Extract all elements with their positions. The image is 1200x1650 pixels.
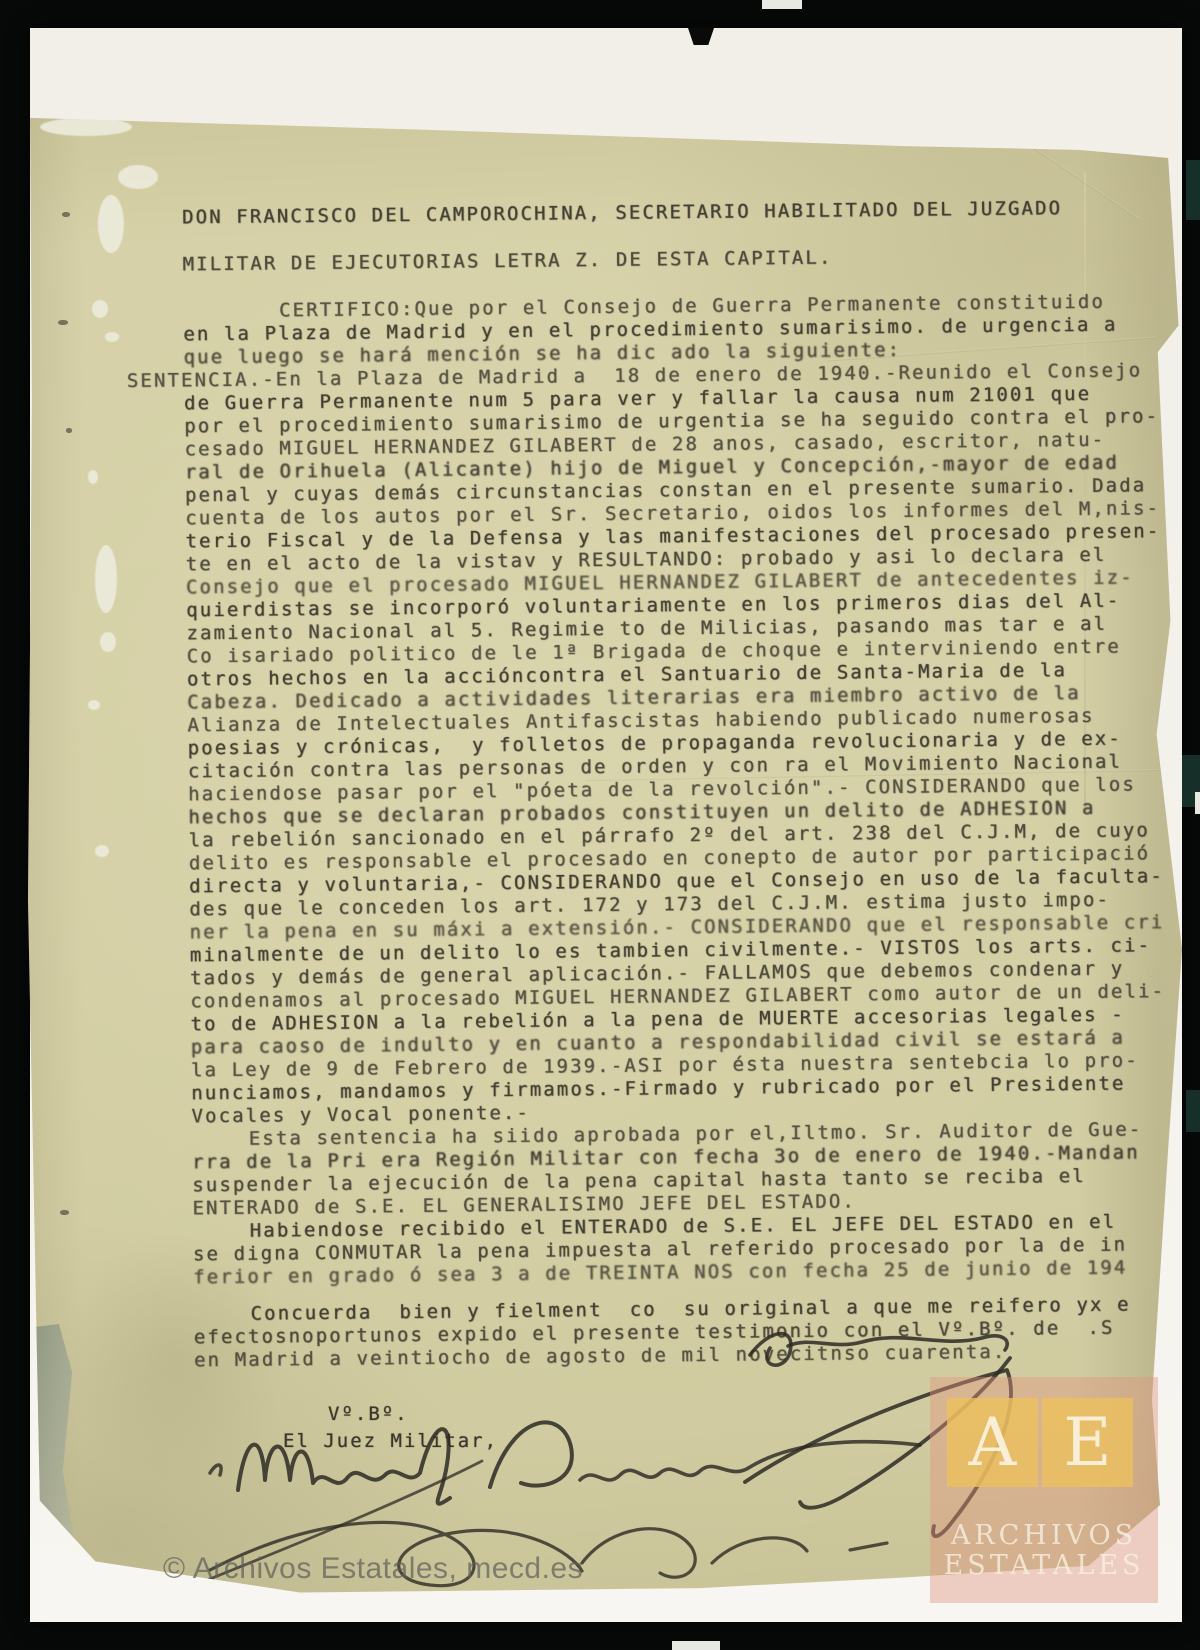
archive-stamp-watermark: A E ARCHIVOS ESTATALES [930, 1377, 1158, 1603]
damage-spot [95, 845, 109, 857]
scan-artifact [1186, 160, 1200, 220]
stamp-letter-a: A [947, 1398, 1038, 1487]
ink-speck [58, 320, 68, 325]
document-line: MILITAR DE EJECUTORIAS LETRA Z. DE ESTA … [125, 242, 1200, 277]
copyright-watermark: © Archivos Estatales, mecd.es [163, 1552, 583, 1586]
damage-spot [98, 195, 124, 253]
ink-speck [60, 1210, 69, 1215]
damage-spot [118, 165, 158, 189]
ink-speck [66, 428, 72, 433]
scan-artifact [1195, 792, 1200, 814]
scanned-document-scene: DON FRANCISCO DEL CAMPOROCHINA, SECRETAR… [0, 0, 1200, 1650]
damage-spot [40, 118, 132, 136]
scan-artifact [762, 0, 802, 9]
damage-spot [88, 700, 100, 710]
damage-spot [92, 300, 108, 318]
typewritten-lines: DON FRANCISCO DEL CAMPOROCHINA, SECRETAR… [125, 195, 1200, 1373]
stamp-text-archivos: ARCHIVOS [930, 1520, 1158, 1551]
document-line: DON FRANCISCO DEL CAMPOROCHINA, SECRETAR… [125, 195, 1200, 230]
ink-speck [62, 212, 70, 217]
scan-artifact [1186, 1090, 1200, 1132]
damage-spot [105, 332, 119, 342]
damage-spot [100, 632, 116, 652]
scan-artifact [672, 1641, 720, 1650]
aged-paper: DON FRANCISCO DEL CAMPOROCHINA, SECRETAR… [26, 112, 1182, 1594]
damage-spot [95, 545, 117, 613]
damage-spot [88, 470, 98, 484]
stamp-text-estatales: ESTATALES [930, 1550, 1158, 1581]
stamp-letter-e: E [1042, 1398, 1133, 1487]
